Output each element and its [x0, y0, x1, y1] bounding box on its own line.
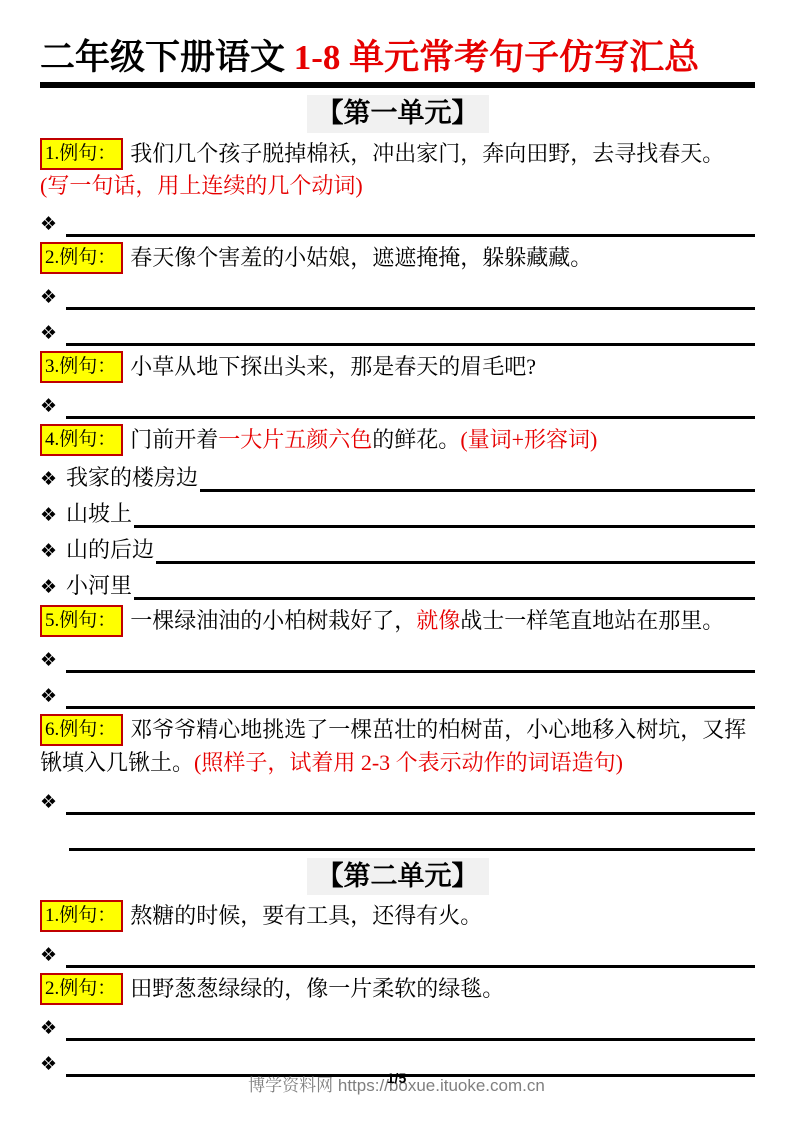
example-label: 6.例句： — [40, 714, 123, 746]
example-annotation-segment: 就像 — [416, 608, 460, 633]
example-text-segment: 小草从地下探出头来，那是春天的眉毛吧? — [130, 354, 536, 379]
answer-blank-row: ❖ — [40, 779, 755, 815]
worksheet-page: 二年级下册语文 1-8 单元常考句子仿写汇总 【第一单元】1.例句：我们几个孩子… — [0, 0, 793, 1077]
diamond-bullet-icon: ❖ — [40, 541, 66, 561]
section-heading-row: 【第二单元】 — [40, 858, 755, 896]
example-item: 6.例句：邓爷爷精心地挑选了一棵茁壮的柏树苗，小心地移入树坑，又挥锹填入几锹土。… — [40, 713, 755, 779]
example-text-segment: 一棵绿油油的小柏树栽好了， — [130, 608, 416, 633]
section-heading: 【第一单元】 — [307, 95, 489, 133]
answer-blank-row — [40, 815, 755, 851]
example-note: (写一句话，用上连续的几个动词) — [40, 170, 755, 201]
example-annotation-segment: (照样子，试着用 2-3 个表示动作的词语造句) — [194, 750, 623, 775]
sections-container: 【第一单元】1.例句：我们几个孩子脱掉棉袄，冲出家门，奔向田野，去寻找春天。(写… — [40, 95, 755, 1078]
example-item: 2.例句：春天像个害羞的小姑娘，遮遮掩掩，躲躲藏藏。 — [40, 241, 755, 274]
blank-prefix-text: 我家的楼房边 — [66, 464, 200, 492]
answer-blank-row: ❖ — [40, 383, 755, 419]
diamond-bullet-icon: ❖ — [40, 650, 66, 670]
diamond-bullet-icon: ❖ — [40, 792, 66, 812]
diamond-bullet-icon: ❖ — [40, 686, 66, 706]
diamond-bullet-icon: ❖ — [40, 396, 66, 416]
blank-prefix-text: 山坡上 — [66, 500, 134, 528]
page-footer: 博学资料网 https://boxue.ituoke.com.cn 1/5 — [0, 1071, 793, 1096]
blank-prefix-text: 小河里 — [66, 572, 134, 600]
example-annotation-segment: (量词+形容词) — [460, 427, 597, 452]
section-heading: 【第二单元】 — [307, 858, 489, 896]
unit-section: 【第一单元】1.例句：我们几个孩子脱掉棉袄，冲出家门，奔向田野，去寻找春天。(写… — [40, 95, 755, 851]
diamond-bullet-icon: ❖ — [40, 214, 66, 234]
unit-section: 【第二单元】1.例句：熬糖的时候，要有工具，还得有火。❖2.例句：田野葱葱绿绿的… — [40, 858, 755, 1078]
example-label: 5.例句： — [40, 605, 123, 637]
example-text-segment: 春天像个害羞的小姑娘，遮遮掩掩，躲躲藏藏。 — [130, 245, 592, 270]
example-label: 1.例句： — [40, 900, 123, 932]
answer-blank-line — [134, 492, 755, 528]
diamond-bullet-icon: ❖ — [40, 505, 66, 525]
diamond-bullet-icon: ❖ — [40, 1018, 66, 1038]
example-text-segment: 门前开着 — [130, 427, 218, 452]
answer-blank-line — [66, 201, 755, 237]
example-label: 4.例句： — [40, 424, 123, 456]
blank-prefix-text: 山的后边 — [66, 536, 156, 564]
example-text-segment: 的鲜花。 — [372, 427, 460, 452]
example-label: 3.例句： — [40, 351, 123, 383]
example-item: 1.例句：我们几个孩子脱掉棉袄，冲出家门，奔向田野，去寻找春天。 — [40, 137, 755, 170]
answer-blank-line — [66, 274, 755, 310]
answer-blank-line — [66, 383, 755, 419]
diamond-bullet-icon: ❖ — [40, 287, 66, 307]
answer-blank-line — [69, 815, 755, 851]
diamond-bullet-icon: ❖ — [40, 577, 66, 597]
answer-blank-row: ❖小河里 — [40, 564, 755, 600]
example-text-segment: 战士一样笔直地站在那里。 — [460, 608, 724, 633]
page-number: 1/5 — [387, 1070, 406, 1086]
answer-blank-row: ❖山的后边 — [40, 528, 755, 564]
example-item: 2.例句：田野葱葱绿绿的，像一片柔软的绿毯。 — [40, 972, 755, 1005]
section-heading-row: 【第一单元】 — [40, 95, 755, 133]
example-annotation-segment: 一大片五颜六色 — [218, 427, 372, 452]
example-item: 5.例句：一棵绿油油的小柏树栽好了，就像战士一样笔直地站在那里。 — [40, 604, 755, 637]
answer-blank-row: ❖我家的楼房边 — [40, 456, 755, 492]
answer-blank-line — [66, 637, 755, 673]
diamond-bullet-icon: ❖ — [40, 323, 66, 343]
answer-blank-line — [66, 779, 755, 815]
page-title-red: 1-8 单元常考句子仿写汇总 — [294, 38, 699, 77]
answer-blank-row: ❖ — [40, 310, 755, 346]
page-title: 二年级下册语文 1-8 单元常考句子仿写汇总 — [40, 36, 755, 88]
answer-blank-line — [66, 1005, 755, 1041]
example-item: 3.例句：小草从地下探出头来，那是春天的眉毛吧? — [40, 350, 755, 383]
diamond-bullet-icon: ❖ — [40, 945, 66, 965]
answer-blank-line — [156, 528, 755, 564]
answer-blank-line — [66, 673, 755, 709]
example-label: 2.例句： — [40, 242, 123, 274]
example-text-segment: 我们几个孩子脱掉棉袄，冲出家门，奔向田野，去寻找春天。 — [130, 141, 724, 166]
answer-blank-row: ❖ — [40, 201, 755, 237]
example-label: 2.例句： — [40, 973, 123, 1005]
example-label: 1.例句： — [40, 138, 123, 170]
answer-blank-row: ❖ — [40, 274, 755, 310]
answer-blank-row: ❖ — [40, 1005, 755, 1041]
answer-blank-line — [200, 456, 755, 492]
example-text-segment: 田野葱葱绿绿的，像一片柔软的绿毯。 — [130, 976, 504, 1001]
answer-blank-row: ❖ — [40, 673, 755, 709]
answer-blank-row: ❖ — [40, 932, 755, 968]
answer-blank-row: ❖ — [40, 637, 755, 673]
example-item: 1.例句：熬糖的时候，要有工具，还得有火。 — [40, 899, 755, 932]
example-item: 4.例句：门前开着一大片五颜六色的鲜花。(量词+形容词) — [40, 423, 755, 456]
answer-blank-line — [134, 564, 755, 600]
example-text-segment: 熬糖的时候，要有工具，还得有火。 — [130, 903, 482, 928]
answer-blank-line — [66, 932, 755, 968]
page-title-black: 二年级下册语文 — [40, 38, 294, 77]
diamond-bullet-icon: ❖ — [40, 469, 66, 489]
answer-blank-line — [66, 310, 755, 346]
answer-blank-row: ❖山坡上 — [40, 492, 755, 528]
